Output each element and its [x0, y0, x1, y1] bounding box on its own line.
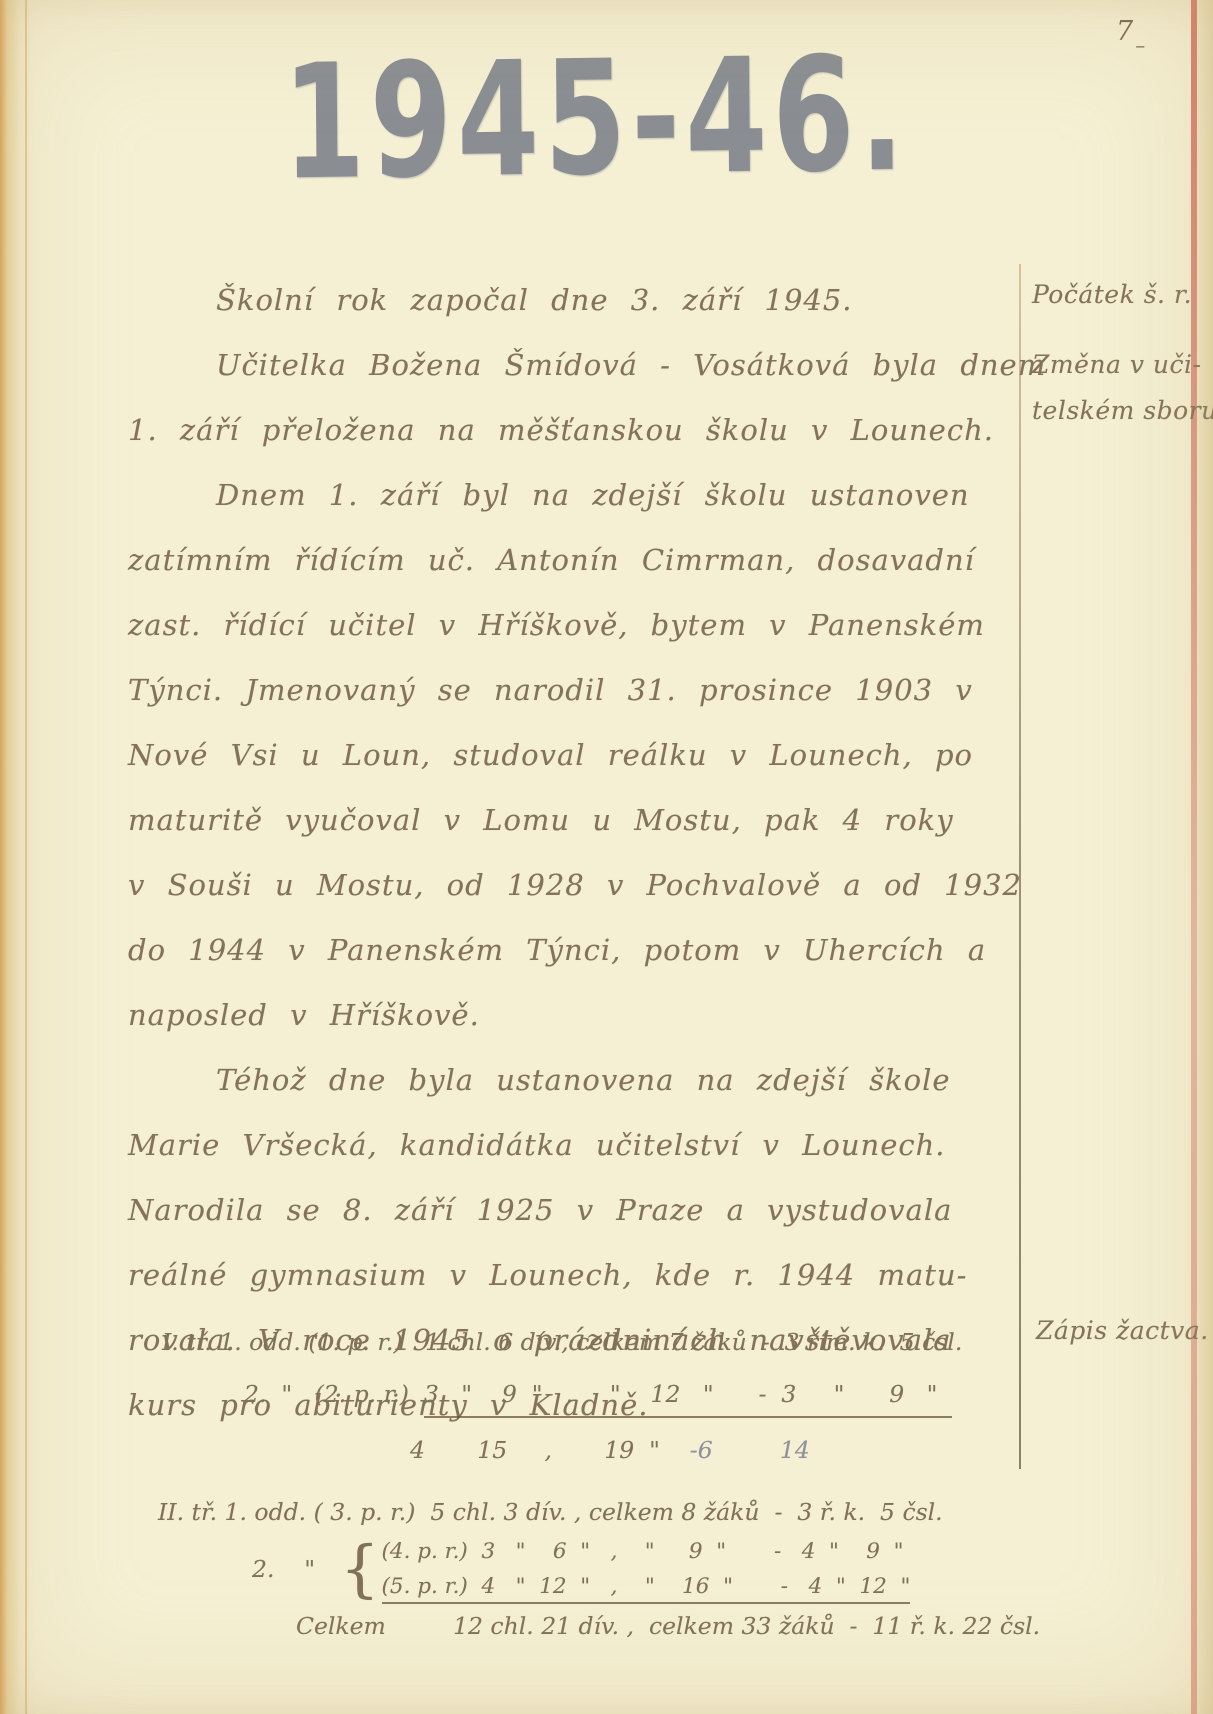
text-line: zast. řídící učitel v Hříškově, bytem v … — [128, 593, 978, 658]
enrollment-sum-values: 4 15 , 19 " — [410, 1436, 690, 1464]
text-line: Marie Vršecká, kandidátka učitelství v L… — [128, 1113, 978, 1178]
page-right-edge — [1197, 0, 1213, 1714]
enrollment-sum-values-pencil: -6 14 — [690, 1436, 810, 1464]
enrollment-row-values-underlined: (5. p. r.) 4 " 12 " , " 16 " - 4 " 12 " — [382, 1574, 911, 1604]
margin-note-line: Změna v uči- — [1032, 342, 1213, 388]
chronicle-body: Školní rok započal dne 3. září 1945. Uči… — [128, 268, 978, 1438]
page-number: 7– — [1116, 16, 1143, 47]
page-number-mark: – — [1135, 33, 1145, 57]
text-line: zatímním řídícím uč. Antonín Cimrman, do… — [128, 528, 978, 593]
text-line: Dnem 1. září byl na zdejší školu ustanov… — [128, 463, 978, 528]
text-line: Narodila se 8. září 1925 v Praze a vystu… — [128, 1178, 978, 1243]
enrollment-row-label: 2. " — [252, 1555, 330, 1583]
margin-note-line: telském sboru. — [1032, 388, 1213, 434]
enrollment-row-class2-grades45: 2. " { (4. p. r.) 3 " 6 " , " 9 " - 4 " … — [252, 1534, 910, 1604]
margin-vertical-rule — [1019, 264, 1021, 1469]
enrollment-row-class1-grade1: I. tř. 1. odd. (1. p. r.) 1 chl. 6 dív.,… — [162, 1328, 962, 1356]
text-line: 1. září přeložena na měšťanskou školu v … — [128, 398, 978, 463]
text-line: Nové Vsi u Loun, studoval reálku v Loune… — [128, 723, 978, 788]
text-line: v Souši u Mostu, od 1928 v Pochvalově a … — [128, 853, 978, 918]
page-binding-edge-line — [25, 0, 27, 1714]
enrollment-table: I. tř. 1. odd. (1. p. r.) 1 chl. 6 dív.,… — [148, 1322, 1048, 1682]
enrollment-bracket-stack: (4. p. r.) 3 " 6 " , " 9 " - 4 " 9 " (5.… — [382, 1534, 911, 1604]
text-line: do 1944 v Panenském Týnci, potom v Uherc… — [128, 918, 978, 983]
enrollment-row-grade5: (5. p. r.) 4 " 12 " , " 16 " - 4 " 12 " — [382, 1569, 911, 1604]
chronicle-page: 7– 1945-46. Školní rok započal dne 3. zá… — [0, 0, 1213, 1714]
margin-note-school-year-start: Počátek š. r. — [1032, 280, 1192, 309]
text-line: Týnci. Jmenovaný se narodil 31. prosince… — [128, 658, 978, 723]
text-line: maturitě vyučoval v Lomu u Mostu, pak 4 … — [128, 788, 978, 853]
margin-note-teacher-change: Změna v uči- telském sboru. — [1032, 342, 1213, 434]
enrollment-row-class1-sums: 4 15 , 19 " -6 14 — [410, 1436, 810, 1464]
enrollment-row-values-underlined: 3 " 9 " , " 12 " - 3 " 9 " — [424, 1380, 953, 1418]
page-binding-edge — [0, 0, 36, 1714]
enrollment-row-class1-grade2: 2. " (2. p. r.) 3 " 9 " , " 12 " - 3 " 9… — [244, 1380, 952, 1408]
page-number-value: 7 — [1116, 16, 1133, 47]
text-line: Školní rok započal dne 3. září 1945. — [128, 268, 978, 333]
enrollment-row-total: Celkem 12 chl. 21 dív. , celkem 33 žáků … — [296, 1612, 1040, 1640]
text-line: Téhož dne byla ustanovena na zdejší škol… — [128, 1048, 978, 1113]
text-line: reálné gymnasium v Lounech, kde r. 1944 … — [128, 1243, 978, 1308]
enrollment-row-label: 2. " (2. p. r.) — [244, 1380, 424, 1408]
enrollment-row-grade4: (4. p. r.) 3 " 6 " , " 9 " - 4 " 9 " — [382, 1534, 911, 1569]
text-line: Učitelka Božena Šmídová - Vosátková byla… — [128, 333, 978, 398]
page-title: 1945-46. — [282, 21, 910, 215]
text-line: naposled v Hříškově. — [128, 983, 978, 1048]
enrollment-row-class2-grade3: II. tř. 1. odd. ( 3. p. r.) 5 chl. 3 dív… — [158, 1498, 943, 1526]
brace-glyph: { — [340, 1538, 379, 1600]
margin-note-pupil-enrollment: Zápis žactva. — [1036, 1316, 1209, 1345]
page-right-edge-rule — [1191, 0, 1197, 1714]
